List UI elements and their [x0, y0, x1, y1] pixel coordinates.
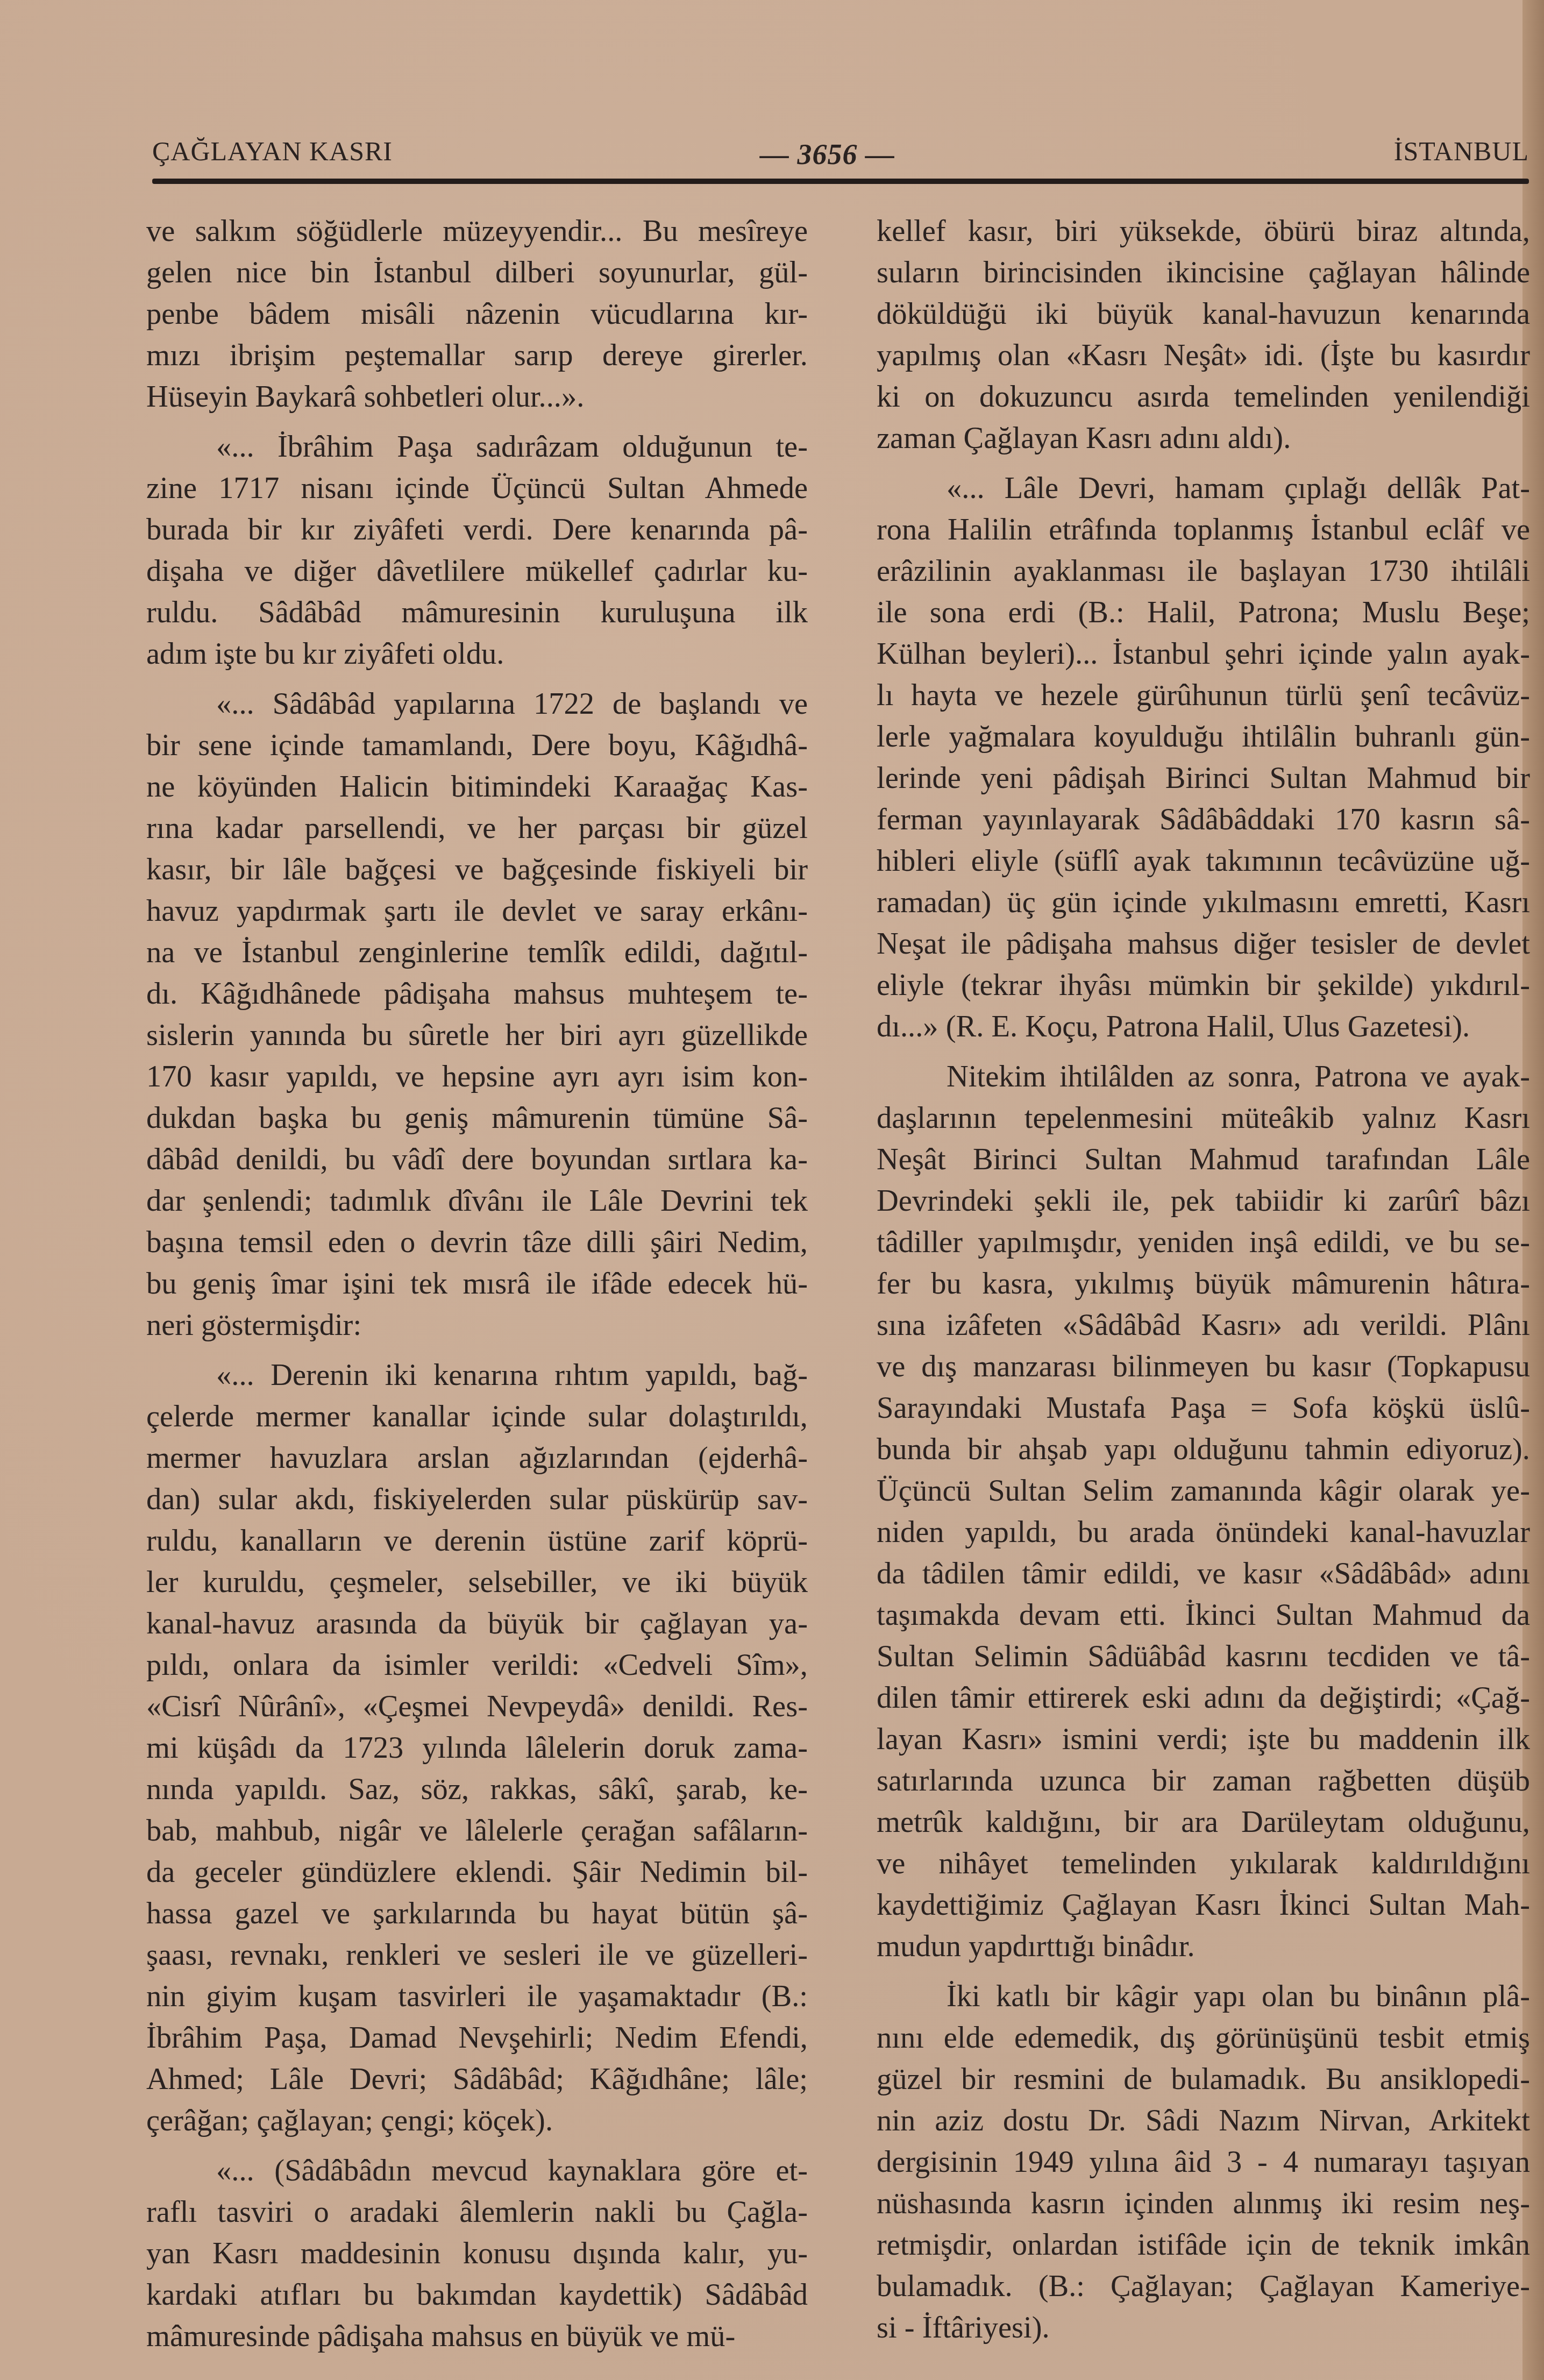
- text-line: dâbâd denildi, bu vâdî dere boyundan sır…: [146, 1139, 808, 1181]
- text-line: satırlarında uzunca bir zaman rağbetten …: [877, 1760, 1530, 1802]
- text-line: zaman Çağlayan Kasrı adını aldı).: [877, 418, 1530, 459]
- paragraph: kellef kasır, biri yüksekde, öbürü biraz…: [877, 211, 1530, 459]
- right-text-column: kellef kasır, biri yüksekde, öbürü biraz…: [877, 211, 1530, 2357]
- text-line: çerâğan; çağlayan; çengi; köçek).: [146, 2100, 808, 2142]
- text-line: İki katlı bir kâgir yapı olan bu binânın…: [877, 1976, 1530, 2017]
- text-line: tâdiller yapılmışdır, yeniden inşâ edild…: [877, 1222, 1530, 1263]
- text-line: nin aziz dostu Dr. Sâdi Nazım Nirvan, Ar…: [877, 2100, 1530, 2142]
- text-line: ne köyünden Halicin bitimindeki Karaağaç…: [146, 766, 808, 808]
- text-line: şaası, revnakı, renkleri ve sesleri ile …: [146, 1935, 808, 1976]
- text-line: niden yapıldı, bu arada önündeki kanal-h…: [877, 1512, 1530, 1553]
- text-line: çelerde mermer kanallar içinde sular dol…: [146, 1396, 808, 1438]
- text-line: dı. Kâğıdhânede pâdişaha mahsus muhteşem…: [146, 974, 808, 1015]
- text-line: bunda bir ahşab yapı olduğunu tahmin edi…: [877, 1429, 1530, 1470]
- paragraph: «... Derenin iki kenarına rıhtım yapıldı…: [146, 1355, 808, 2142]
- text-line: ve dış manzarası bilinmeyen bu kasır (To…: [877, 1346, 1530, 1388]
- text-line: bir sene içinde tamamlandı, Dere boyu, K…: [146, 725, 808, 766]
- text-line: nüshasında kasrın içinden alınmış iki re…: [877, 2183, 1530, 2225]
- text-line: mızı ibrişim peştemallar sarıp dereye gi…: [146, 335, 808, 376]
- paragraph: «... Lâle Devri, hamam çıplağı dellâk Pa…: [877, 468, 1530, 1048]
- text-line: başına temsil eden o devrin tâze dilli ş…: [146, 1222, 808, 1263]
- text-line: Külhan beyleri)... İstanbul şehri içinde…: [877, 634, 1530, 675]
- scanned-page: ÇAĞLAYAN KASRI — 3656 — İSTANBUL ve salk…: [0, 0, 1544, 2380]
- text-line: dı...» (R. E. Koçu, Patrona Halil, Ulus …: [877, 1006, 1530, 1048]
- text-line: sına izâfeten «Sâdâbâd Kasrı» adı verild…: [877, 1305, 1530, 1346]
- text-line: Ahmed; Lâle Devri; Sâdâbâd; Kâğıdhâne; l…: [146, 2059, 808, 2100]
- text-line: suların birincisinden ikincisine çağlaya…: [877, 252, 1530, 294]
- paragraph: «... Sâdâbâd yapılarına 1722 de başlandı…: [146, 684, 808, 1346]
- text-line: ramadan) üç gün içinde yıkılmasını emret…: [877, 882, 1530, 923]
- text-line: hibleri eliyle (süflî ayak takımının tec…: [877, 841, 1530, 882]
- text-line: bulamadık. (B.: Çağlayan; Çağlayan Kamer…: [877, 2266, 1530, 2307]
- text-line: ruldu, kanalların ve derenin üstüne zari…: [146, 1521, 808, 1562]
- text-line: sislerin yanında bu sûretle her biri ayr…: [146, 1015, 808, 1056]
- text-line: ler kuruldu, çeşmeler, selsebiller, ve i…: [146, 1562, 808, 1603]
- text-line: dukdan başka bu geniş mâmurenin tümüne S…: [146, 1098, 808, 1139]
- text-line: neri göstermişdir:: [146, 1305, 808, 1346]
- text-line: rına kadar parsellendi, ve her parçası b…: [146, 808, 808, 849]
- text-line: Neşat ile pâdişaha mahsus diğer tesisler…: [877, 923, 1530, 965]
- text-line: da tâdilen tâmir edildi, ve kasır «Sâdâb…: [877, 1553, 1530, 1595]
- text-line: adım işte bu kır ziyâfeti oldu.: [146, 634, 808, 675]
- header-rule: [152, 179, 1529, 184]
- left-text-column: ve salkım söğüdlerle müzeyyendir... Bu m…: [146, 211, 808, 2366]
- text-line: ve nihâyet temelinden yıkılarak kaldırıl…: [877, 1843, 1530, 1885]
- text-line: Devrindeki şekli ile, pek tabiidir ki za…: [877, 1181, 1530, 1222]
- text-line: «Cisrî Nûrânî», «Çeşmei Nevpeydâ» denild…: [146, 1686, 808, 1728]
- text-line: kardaki atıfları bu bakımdan kaydettik) …: [146, 2275, 808, 2316]
- text-line: Üçüncü Sultan Selim zamanında kâgir olar…: [877, 1470, 1530, 1512]
- text-line: zine 1717 nisanı içinde Üçüncü Sultan Ah…: [146, 468, 808, 509]
- text-line: lı hayta ve hezele gürûhunun türlü şenî …: [877, 675, 1530, 716]
- text-line: pıldı, onlara da isimler verildi: «Cedve…: [146, 1645, 808, 1686]
- text-line: taşımakda devam etti. İkinci Sultan Mahm…: [877, 1595, 1530, 1636]
- text-line: döküldüğü iki büyük kanal-havuzun kenarı…: [877, 294, 1530, 335]
- running-header: ÇAĞLAYAN KASRI — 3656 — İSTANBUL: [152, 136, 1529, 173]
- text-line: lerle yağmalara koyulduğu ihtilâlin buhr…: [877, 716, 1530, 758]
- volume-title: İSTANBUL: [1394, 136, 1529, 167]
- text-line: 170 kasır yapıldı, ve hepsine ayrı ayrı …: [146, 1056, 808, 1098]
- text-line: dar şenlendi; tadımlık dîvânı ile Lâle D…: [146, 1181, 808, 1222]
- text-line: ferman yayınlayarak Sâdâbâddaki 170 kasr…: [877, 799, 1530, 841]
- text-line: nin giyim kuşam tasvirleri ile yaşamakta…: [146, 1976, 808, 2017]
- text-line: ruldu. Sâdâbâd mâmuresinin kuruluşuna il…: [146, 592, 808, 634]
- paragraph: İki katlı bir kâgir yapı olan bu binânın…: [877, 1976, 1530, 2349]
- text-line: mâmuresinde pâdişaha mahsus en büyük ve …: [146, 2316, 808, 2357]
- text-line: kellef kasır, biri yüksekde, öbürü biraz…: [877, 211, 1530, 252]
- text-line: si - İftâriyesi).: [877, 2307, 1530, 2349]
- text-line: yapılmış olan «Kasrı Neşât» idi. (İşte b…: [877, 335, 1530, 376]
- text-line: mermer havuzlara arslan ağızlarından (ej…: [146, 1438, 808, 1479]
- text-line: Hüseyin Baykarâ sohbetleri olur...».: [146, 376, 808, 418]
- paragraph: ve salkım söğüdlerle müzeyyendir... Bu m…: [146, 211, 808, 418]
- text-line: ve salkım söğüdlerle müzeyyendir... Bu m…: [146, 211, 808, 252]
- text-line: dergisinin 1949 yılına âid 3 - 4 numaray…: [877, 2142, 1530, 2183]
- text-line: nında yapıldı. Saz, söz, rakkas, sâkî, ş…: [146, 1769, 808, 1810]
- text-line: nını elde edemedik, dış görünüşünü tesbi…: [877, 2017, 1530, 2059]
- text-line: retmişdir, onlardan istifâde için de tek…: [877, 2225, 1530, 2266]
- text-line: dilen tâmir ettirerek eski adını da deği…: [877, 1678, 1530, 1719]
- text-line: daşlarının tepelenmesini müteâkib yalnız…: [877, 1098, 1530, 1139]
- text-line: güzel bir resmini de bulamadık. Bu ansik…: [877, 2059, 1530, 2100]
- text-line: da geceler gündüzlere eklendi. Şâir Nedi…: [146, 1852, 808, 1893]
- paragraph: «... İbrâhim Paşa sadırâzam olduğunun te…: [146, 427, 808, 675]
- text-line: na ve İstanbul zenginlerine temlîk edild…: [146, 932, 808, 974]
- paragraph: Nitekim ihtilâlden az sonra, Patrona ve …: [877, 1056, 1530, 1967]
- text-line: fer bu kasra, yıkılmış büyük mâmurenin h…: [877, 1263, 1530, 1305]
- text-line: lerinde yeni pâdişah Birinci Sultan Mahm…: [877, 758, 1530, 799]
- text-line: rona Halilin etrâfında toplanmış İstanbu…: [877, 509, 1530, 551]
- text-line: «... (Sâdâbâdın mevcud kaynaklara göre e…: [146, 2150, 808, 2192]
- text-line: havuz yapdırmak şartı ile devlet ve sara…: [146, 891, 808, 932]
- text-line: İbrâhim Paşa, Damad Nevşehirli; Nedim Ef…: [146, 2017, 808, 2059]
- text-line: dan) sular akdı, fiskiyelerden sular püs…: [146, 1479, 808, 1521]
- text-line: dişaha ve diğer dâvetlilere mükellef çad…: [146, 551, 808, 592]
- paragraph: «... (Sâdâbâdın mevcud kaynaklara göre e…: [146, 2150, 808, 2357]
- text-line: layan Kasrı» ismini verdi; işte bu madde…: [877, 1719, 1530, 1760]
- text-line: eliyle (tekrar ihyâsı mümkin bir şekilde…: [877, 965, 1530, 1006]
- text-line: bu geniş îmar işini tek mısrâ ile ifâde …: [146, 1263, 808, 1305]
- text-line: Sarayındaki Mustafa Paşa = Sofa köşkü üs…: [877, 1388, 1530, 1429]
- text-line: burada bir kır ziyâfeti verdi. Dere kena…: [146, 509, 808, 551]
- text-line: mudun yapdırttığı binâdır.: [877, 1926, 1530, 1967]
- text-line: bab, mahbub, nigâr ve lâlelerle çerağan …: [146, 1810, 808, 1852]
- text-line: raflı tasviri o aradaki âlemlerin nakli …: [146, 2192, 808, 2233]
- text-line: «... Sâdâbâd yapılarına 1722 de başlandı…: [146, 684, 808, 725]
- page-number: — 3656 —: [760, 138, 895, 171]
- text-line: «... İbrâhim Paşa sadırâzam olduğunun te…: [146, 427, 808, 468]
- text-line: kasır, bir lâle bağçesi ve bağçesinde fi…: [146, 849, 808, 891]
- text-line: «... Lâle Devri, hamam çıplağı dellâk Pa…: [877, 468, 1530, 509]
- text-line: Neşât Birinci Sultan Mahmud tarafından L…: [877, 1139, 1530, 1181]
- text-line: ki on dokuzuncu asırda temelinden yenile…: [877, 376, 1530, 418]
- text-line: kaydettiğimiz Çağlayan Kasrı İkinci Sult…: [877, 1885, 1530, 1926]
- text-line: Nitekim ihtilâlden az sonra, Patrona ve …: [877, 1056, 1530, 1098]
- text-line: «... Derenin iki kenarına rıhtım yapıldı…: [146, 1355, 808, 1396]
- text-line: gelen nice bin İstanbul dilberi soyunurl…: [146, 252, 808, 294]
- text-line: erâzilinin ayaklanması ile başlayan 1730…: [877, 551, 1530, 592]
- text-line: kanal-havuz arasında da büyük bir çağlay…: [146, 1603, 808, 1645]
- entry-title: ÇAĞLAYAN KASRI: [152, 136, 393, 167]
- text-line: penbe bâdem misâli nâzenin vücudlarına k…: [146, 294, 808, 335]
- text-line: hassa gazel ve şarkılarında bu hayat büt…: [146, 1893, 808, 1935]
- text-line: yan Kasrı maddesinin konusu dışında kalı…: [146, 2233, 808, 2275]
- text-line: metrûk kaldığını, bir ara Darüleytam old…: [877, 1802, 1530, 1843]
- text-line: Sultan Selimin Sâdüâbâd kasrını tecdiden…: [877, 1636, 1530, 1678]
- text-line: mi küşâdı da 1723 yılında lâlelerin doru…: [146, 1728, 808, 1769]
- text-line: ile sona erdi (B.: Halil, Patrona; Muslu…: [877, 592, 1530, 634]
